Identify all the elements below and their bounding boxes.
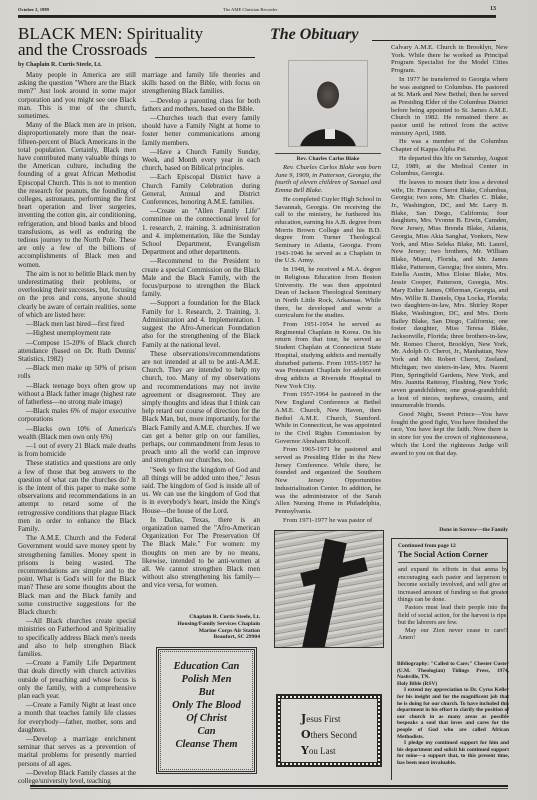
- newspaper-page: October 2, 1989 The AME Christian Record…: [0, 0, 537, 800]
- section-title: The Social Action Corner: [398, 550, 488, 559]
- list-item: —Black teenage boys often grow up withou…: [18, 382, 136, 407]
- jesus-first-text: Jesus First Others Second You Last: [301, 711, 357, 759]
- paragraph: May our Zion never cease to care!! Amen!: [398, 627, 508, 642]
- paragraph: In 1948, he received a M.A. degree in Re…: [275, 266, 381, 320]
- box-border: [391, 714, 392, 780]
- paragraph: From 1971-1977 he was pastor of: [275, 517, 381, 525]
- paragraph: and expand its efforts in that arena by …: [398, 566, 508, 604]
- obituary-column-1: Rev. Charles Carlos Blake was born June …: [275, 164, 381, 525]
- drop-cap: Y: [301, 744, 309, 757]
- byline: by Chaplain R. Curtis Steele, Lt.: [18, 62, 102, 68]
- paragraph: Calvary A.M.E. Church in Brooklyn, New Y…: [391, 44, 508, 75]
- paragraph: Rev. Charles Carlos Blake was born June …: [275, 164, 381, 195]
- obituary-title: The Obituary: [270, 26, 358, 44]
- quote-line: Cleanse Them: [159, 738, 254, 751]
- masthead-rule: [18, 15, 496, 18]
- page-number: 13: [490, 6, 496, 12]
- quote-line: Can: [159, 725, 254, 738]
- list-item: —Support a foundation for the Black Fami…: [142, 299, 260, 348]
- education-quote-box: Education Can Polish Men But Only The Bl…: [156, 647, 257, 774]
- list-item: —Recommend to the President to create a …: [142, 257, 260, 298]
- list-item: —1 out of every 21 Black male deaths is …: [18, 442, 136, 458]
- article-headline: BLACK MEN: Spirituality and the Crossroa…: [18, 26, 268, 58]
- headline-line-2: and the Crossroads: [18, 42, 147, 58]
- motto-text: ou Last: [309, 746, 336, 756]
- list-item: —Develop a marriage enrichment seminar t…: [18, 735, 136, 768]
- paragraph: Many of the Black men are in prison, dis…: [18, 121, 136, 269]
- obituary-signoff: Done in Sorrow—the Family: [391, 527, 508, 534]
- photo-caption: Rev. Charles Carlos Blake: [275, 156, 381, 162]
- jesus-first-box: Jesus First Others Second You Last: [276, 694, 382, 767]
- paragraph: In 1977 he transferred to Georgia where …: [391, 76, 508, 138]
- paragraph: From 1957-1964 he pastored in the New En…: [275, 391, 381, 445]
- article-column-2: marriage and family life theories and sk…: [142, 71, 260, 591]
- list-item: —Develop Black Family classes at the col…: [18, 769, 136, 785]
- motto-line: Jesus First: [301, 711, 357, 727]
- portrait-photo: [288, 60, 368, 147]
- article-column-1: Many people in America are still asking …: [18, 71, 136, 786]
- author-title: Housing/Family Services Chaplain: [150, 621, 260, 628]
- author-name: Chaplain R. Curtis Steele, Lt.: [150, 614, 260, 621]
- list-item: —Create a Family Night at least once a m…: [18, 701, 136, 734]
- bibliography-entry: Holy Bible (RSV): [397, 681, 509, 688]
- paragraph: He completed Cuyler High School in Savan…: [275, 196, 381, 265]
- paper-name: The AME Christian Recorder: [223, 7, 277, 12]
- list-item: —Each Episcopal District have a Church F…: [142, 173, 260, 206]
- paragraph: The A.M.E. Church and the Federal Govern…: [18, 534, 136, 616]
- obituary-title-rule: [372, 40, 496, 41]
- section-body: and expand its efforts in that arena by …: [398, 566, 508, 642]
- motto-text: thers Second: [311, 730, 357, 740]
- drop-cap: O: [301, 728, 311, 741]
- caption-rule: [275, 153, 381, 154]
- quote-line: Polish Men: [159, 673, 254, 686]
- paragraph: Good Night, Sweet Prince—You have fought…: [391, 411, 508, 457]
- paragraph: I pledge my continued support for him an…: [397, 740, 509, 766]
- list-item: —Blacks own 10% of America's wealth (Bla…: [18, 425, 136, 441]
- paragraph: He leaves to mourn their loss a devoted …: [391, 179, 508, 410]
- list-item: —Develop a parenting class for both fath…: [142, 97, 260, 113]
- paragraph: These statistics and questions are only …: [18, 459, 136, 533]
- quote-line: Only The Blood: [159, 699, 254, 712]
- list-item: —All Black churches create special minis…: [18, 617, 136, 658]
- page-bottom-rule: [30, 785, 508, 789]
- author-station: Marine Corps Air Station: [150, 628, 260, 635]
- motto-line: Others Second: [301, 727, 357, 743]
- section-rule: [398, 562, 508, 563]
- paragraph: In Dallas, Texas, there is an organizati…: [142, 516, 260, 590]
- paragraph: I extend my appreciation to Dr. Cyrus Ke…: [397, 687, 509, 740]
- list-item: —Create a Family Life Department that de…: [18, 659, 136, 700]
- list-item: —Have a Church Family Sunday, Week, and …: [142, 148, 260, 173]
- quote-line: Of Christ: [159, 712, 254, 725]
- paragraph: "Seek ye first the kingdom of God and al…: [142, 466, 260, 515]
- bibliography: Bibliography: "Called to Care;" Chester …: [397, 661, 509, 767]
- article-signoff: Chaplain R. Curtis Steele, Lt. Housing/F…: [150, 614, 260, 641]
- education-quote: Education Can Polish Men But Only The Bl…: [159, 660, 254, 751]
- motto-text: esus First: [306, 714, 340, 724]
- list-item: —Black males 6% of major executive corpo…: [18, 407, 136, 423]
- cross-icon: [298, 539, 347, 648]
- paragraph: marriage and family life theories and sk…: [142, 71, 260, 96]
- paragraph: The aim is not to belittle Black men by …: [18, 270, 136, 319]
- paragraph: These observations/recommendations are n…: [142, 350, 260, 465]
- author-location: Beaufort, SC 29904: [150, 634, 260, 641]
- list-item: —Highest unemployment rate: [18, 329, 136, 337]
- paragraph: From 1951-1954 he served as Regimental C…: [275, 321, 381, 390]
- paragraph: He departed this life on Saturday, Augus…: [391, 155, 508, 178]
- headline-rule: [155, 57, 255, 58]
- obituary-column-2: Calvary A.M.E. Church in Brooklyn, New Y…: [391, 44, 508, 458]
- list-item: —Black men make up 50% of prison rolls: [18, 364, 136, 380]
- continued-note: Continued from page 12: [398, 543, 456, 549]
- issue-date: October 2, 1989: [18, 7, 49, 12]
- paragraph: Many people in America are still asking …: [18, 71, 136, 120]
- clerical-collar: [325, 129, 335, 139]
- motto-line: You Last: [301, 743, 357, 759]
- list-item: —Black men last hired—first fired: [18, 320, 136, 328]
- cross-photo: [274, 530, 384, 648]
- quote-line: But: [159, 686, 254, 699]
- list-item: —Compose 15-20% of Black church attendan…: [18, 339, 136, 364]
- list-item: —Create an "Allen Family Life" committee…: [142, 207, 260, 256]
- paragraph: He was a member of the Columbus Chapter …: [391, 138, 508, 153]
- quote-line: Education Can: [159, 660, 254, 673]
- bibliography-entry: Bibliography: "Called to Care;" Chester …: [397, 661, 509, 681]
- paragraph: From 1965-1971 he pastored and served as…: [275, 446, 381, 515]
- paragraph: Pastors must lead their people into the …: [398, 604, 508, 627]
- list-item: —Churches teach that every family should…: [142, 114, 260, 147]
